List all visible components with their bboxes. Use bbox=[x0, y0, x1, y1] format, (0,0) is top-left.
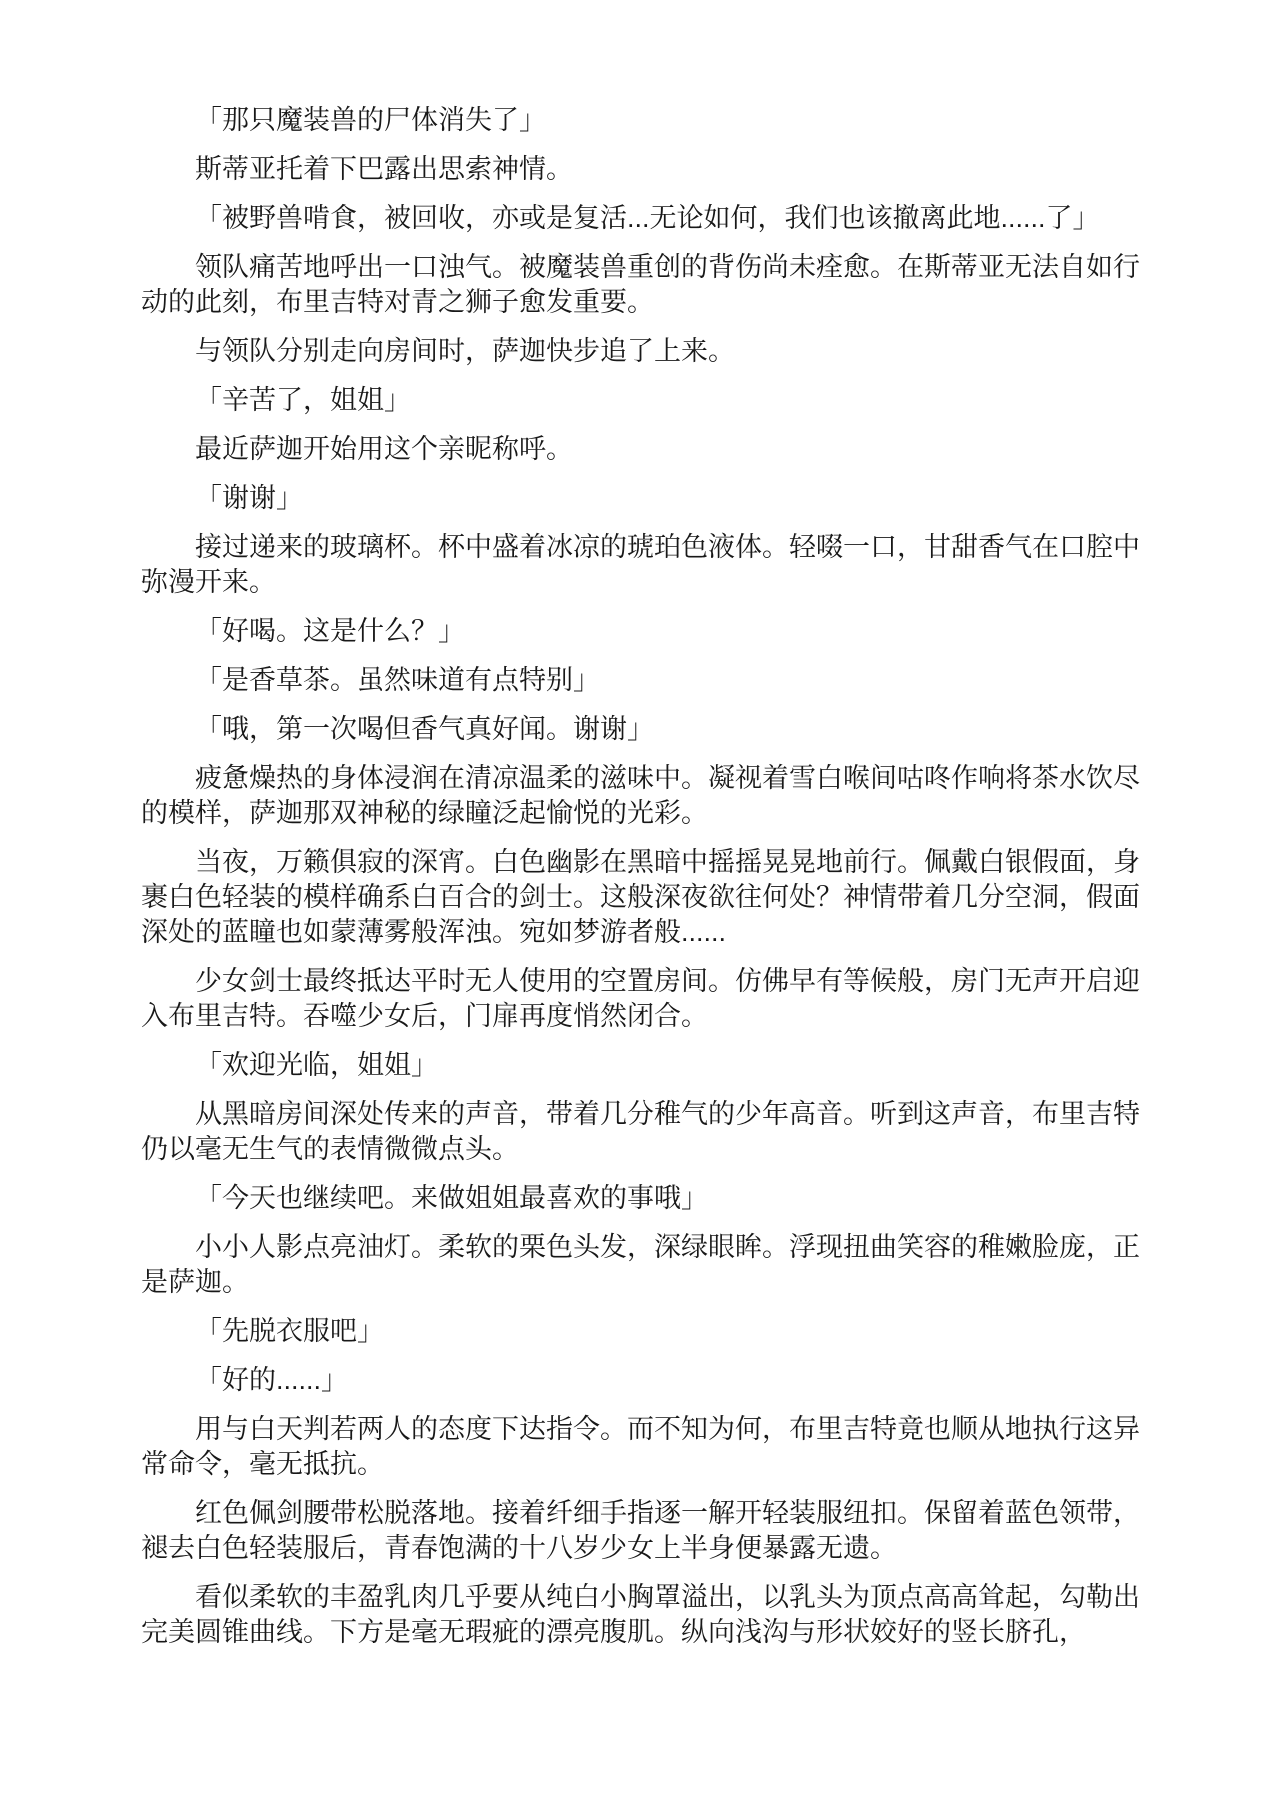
paragraph-narration: 最近萨迦开始用这个亲昵称呼。 bbox=[141, 432, 1145, 467]
novel-text-block: 「那只魔装兽的尸体消失了」 斯蒂亚托着下巴露出思索神情。 「被野兽啃食，被回收，… bbox=[141, 103, 1145, 1650]
novel-page: 「那只魔装兽的尸体消失了」 斯蒂亚托着下巴露出思索神情。 「被野兽啃食，被回收，… bbox=[0, 0, 1280, 1808]
paragraph-dialogue: 「谢谢」 bbox=[141, 481, 1145, 516]
paragraph-narration: 领队痛苦地呼出一口浊气。被魔装兽重创的背伤尚未痊愈。在斯蒂亚无法自如行动的此刻，… bbox=[141, 250, 1145, 320]
paragraph-narration: 少女剑士最终抵达平时无人使用的空置房间。仿佛早有等候般，房门无声开启迎入布里吉特… bbox=[141, 964, 1145, 1034]
paragraph-narration: 小小人影点亮油灯。柔软的栗色头发，深绿眼眸。浮现扭曲笑容的稚嫩脸庞，正是萨迦。 bbox=[141, 1230, 1145, 1300]
paragraph-dialogue: 「被野兽啃食，被回收，亦或是复活...无论如何，我们也该撤离此地......了」 bbox=[141, 201, 1145, 236]
paragraph-narration: 看似柔软的丰盈乳肉几乎要从纯白小胸罩溢出，以乳头为顶点高高耸起，勾勒出完美圆锥曲… bbox=[141, 1580, 1145, 1650]
paragraph-narration: 从黑暗房间深处传来的声音，带着几分稚气的少年高音。听到这声音，布里吉特仍以毫无生… bbox=[141, 1097, 1145, 1167]
paragraph-dialogue: 「好的......」 bbox=[141, 1363, 1145, 1398]
paragraph-dialogue: 「哦，第一次喝但香气真好闻。谢谢」 bbox=[141, 712, 1145, 747]
paragraph-dialogue: 「那只魔装兽的尸体消失了」 bbox=[141, 103, 1145, 138]
paragraph-narration: 红色佩剑腰带松脱落地。接着纤细手指逐一解开轻装服纽扣。保留着蓝色领带，褪去白色轻… bbox=[141, 1496, 1145, 1566]
paragraph-narration: 疲惫燥热的身体浸润在清凉温柔的滋味中。凝视着雪白喉间咕咚作响将茶水饮尽的模样，萨… bbox=[141, 761, 1145, 831]
paragraph-dialogue: 「今天也继续吧。来做姐姐最喜欢的事哦」 bbox=[141, 1181, 1145, 1216]
paragraph-dialogue: 「好喝。这是什么？」 bbox=[141, 614, 1145, 649]
paragraph-narration: 与领队分别走向房间时，萨迦快步追了上来。 bbox=[141, 334, 1145, 369]
paragraph-dialogue: 「辛苦了，姐姐」 bbox=[141, 383, 1145, 418]
paragraph-dialogue: 「先脱衣服吧」 bbox=[141, 1314, 1145, 1349]
paragraph-dialogue: 「是香草茶。虽然味道有点特别」 bbox=[141, 663, 1145, 698]
paragraph-narration: 当夜，万籁俱寂的深宵。白色幽影在黑暗中摇摇晃晃地前行。佩戴白银假面，身裹白色轻装… bbox=[141, 845, 1145, 950]
paragraph-narration: 用与白天判若两人的态度下达指令。而不知为何，布里吉特竟也顺从地执行这异常命令，毫… bbox=[141, 1412, 1145, 1482]
paragraph-narration: 斯蒂亚托着下巴露出思索神情。 bbox=[141, 152, 1145, 187]
paragraph-narration: 接过递来的玻璃杯。杯中盛着冰凉的琥珀色液体。轻啜一口，甘甜香气在口腔中弥漫开来。 bbox=[141, 530, 1145, 600]
paragraph-dialogue: 「欢迎光临，姐姐」 bbox=[141, 1048, 1145, 1083]
